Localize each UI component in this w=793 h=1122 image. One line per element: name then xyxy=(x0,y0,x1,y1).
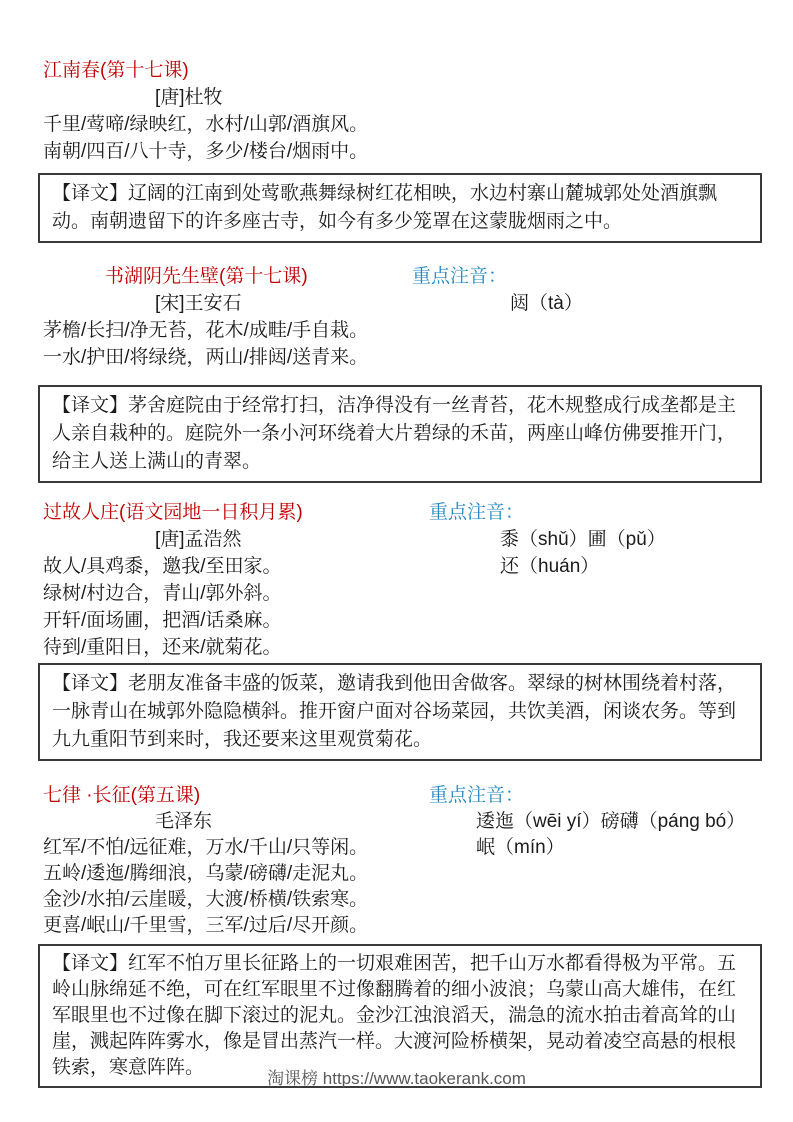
poem-line: 一水/护田/将绿绕，两山/排闼/送青来。 xyxy=(43,344,412,371)
poem-line: 更喜/岷山/千里雪，三军/过后/尽开颜。 xyxy=(43,913,412,939)
phonetics-label: 重点注音： xyxy=(412,263,762,290)
phonetics-column: 重点注音： 逶迤（wēi yí）磅礴（páng bó） 岷（mín） xyxy=(412,783,762,861)
poem-author: [宋]王安石 xyxy=(43,290,412,317)
poem-section-changzheng: 七律 ·长征(第五课) 毛泽东 红军/不怕/远征难，万水/千山/只等闲。 五岭/… xyxy=(38,783,762,939)
poem-column: 书湖阴先生壁(第十七课) [宋]王安石 茅檐/长扫/净无苔，花木/成畦/手自栽。… xyxy=(43,263,412,371)
poem-line: 红军/不怕/远征难，万水/千山/只等闲。 xyxy=(43,835,412,861)
watermark-footer: 淘课榜 https://www.taokerank.com xyxy=(0,1064,793,1089)
translation-text: 【译文】辽阔的江南到处莺歌燕舞绿树红花相映，水边村寨山麓城郭处处酒旗飘动。南朝遗… xyxy=(52,183,717,232)
poem-title: 七律 ·长征(第五课) xyxy=(43,783,412,809)
translation-text: 【译文】老朋友准备丰盛的饭菜，邀请我到他田舍做客。翠绿的树林围绕着村落，一脉青山… xyxy=(52,673,736,750)
phonetics-label: 重点注音： xyxy=(412,499,762,526)
translation-box-guogurenzhuang: 【译文】老朋友准备丰盛的饭菜，邀请我到他田舍做客。翠绿的树林围绕着村落，一脉青山… xyxy=(38,663,762,761)
poem-line: 茅檐/长扫/净无苔，花木/成畦/手自栽。 xyxy=(43,317,412,344)
poem-section-guogurenzhuang: 过故人庄(语文园地一日积月累) [唐]孟浩然 故人/具鸡黍，邀我/至田家。 绿树… xyxy=(38,499,762,661)
poem-section-shuhuyin: 书湖阴先生壁(第十七课) [宋]王安石 茅檐/长扫/净无苔，花木/成畦/手自栽。… xyxy=(38,263,762,371)
poem-column: 七律 ·长征(第五课) 毛泽东 红军/不怕/远征难，万水/千山/只等闲。 五岭/… xyxy=(43,783,412,939)
poem-title: 过故人庄(语文园地一日积月累) xyxy=(43,499,412,526)
translation-box-jiangnanchun: 【译文】辽阔的江南到处莺歌燕舞绿树红花相映，水边村寨山麓城郭处处酒旗飘动。南朝遗… xyxy=(38,173,762,243)
poem-line: 待到/重阳日，还来/就菊花。 xyxy=(43,634,412,661)
poem-title: 书湖阴先生壁(第十七课) xyxy=(43,263,412,290)
translation-box-shuhuyin: 【译文】茅舍庭院由于经常打扫，洁净得没有一丝青苔，花木规整成行成垄都是主人亲自栽… xyxy=(38,385,762,483)
poem-line: 绿树/村边合，青山/郭外斜。 xyxy=(43,580,412,607)
phonetic-entry: 闼（tà） xyxy=(412,290,762,317)
translation-text: 【译文】茅舍庭院由于经常打扫，洁净得没有一丝青苔，花木规整成行成垄都是主人亲自栽… xyxy=(52,395,736,472)
poem-author: [唐]孟浩然 xyxy=(43,526,412,553)
poem-author: 毛泽东 xyxy=(43,809,412,835)
poem-line: 开轩/面场圃，把酒/话桑麻。 xyxy=(43,607,412,634)
phonetics-label: 重点注音： xyxy=(412,783,762,809)
poem-line: 五岭/逶迤/腾细浪，乌蒙/磅礴/走泥丸。 xyxy=(43,861,412,887)
poem-column: 过故人庄(语文园地一日积月累) [唐]孟浩然 故人/具鸡黍，邀我/至田家。 绿树… xyxy=(43,499,412,661)
phonetic-entry: 岷（mín） xyxy=(412,835,762,861)
phonetics-column: 重点注音： 闼（tà） xyxy=(412,263,762,317)
poem-line: 千里/莺啼/绿映红，水村/山郭/酒旗风。 xyxy=(43,111,762,138)
phonetics-column: 重点注音： 黍（shǔ）圃（pǔ） 还（huán） xyxy=(412,499,762,580)
poem-title: 江南春(第十七课) xyxy=(43,57,762,84)
poem-line: 故人/具鸡黍，邀我/至田家。 xyxy=(43,553,412,580)
poem-line: 金沙/水拍/云崖暖，大渡/桥横/铁索寒。 xyxy=(43,887,412,913)
phonetic-entry: 逶迤（wēi yí）磅礴（páng bó） xyxy=(412,809,762,835)
poem-author: [唐]杜牧 xyxy=(43,84,762,111)
poem-line: 南朝/四百/八十寺，多少/楼台/烟雨中。 xyxy=(43,138,762,165)
poem-section-jiangnanchun: 江南春(第十七课) [唐]杜牧 千里/莺啼/绿映红，水村/山郭/酒旗风。 南朝/… xyxy=(38,57,762,165)
phonetic-entry: 黍（shǔ）圃（pǔ） xyxy=(412,526,762,553)
phonetic-entry: 还（huán） xyxy=(412,553,762,580)
translation-text: 【译文】红军不怕万里长征路上的一切艰难困苦，把千山万水都看得极为平常。五岭山脉绵… xyxy=(52,953,736,1078)
